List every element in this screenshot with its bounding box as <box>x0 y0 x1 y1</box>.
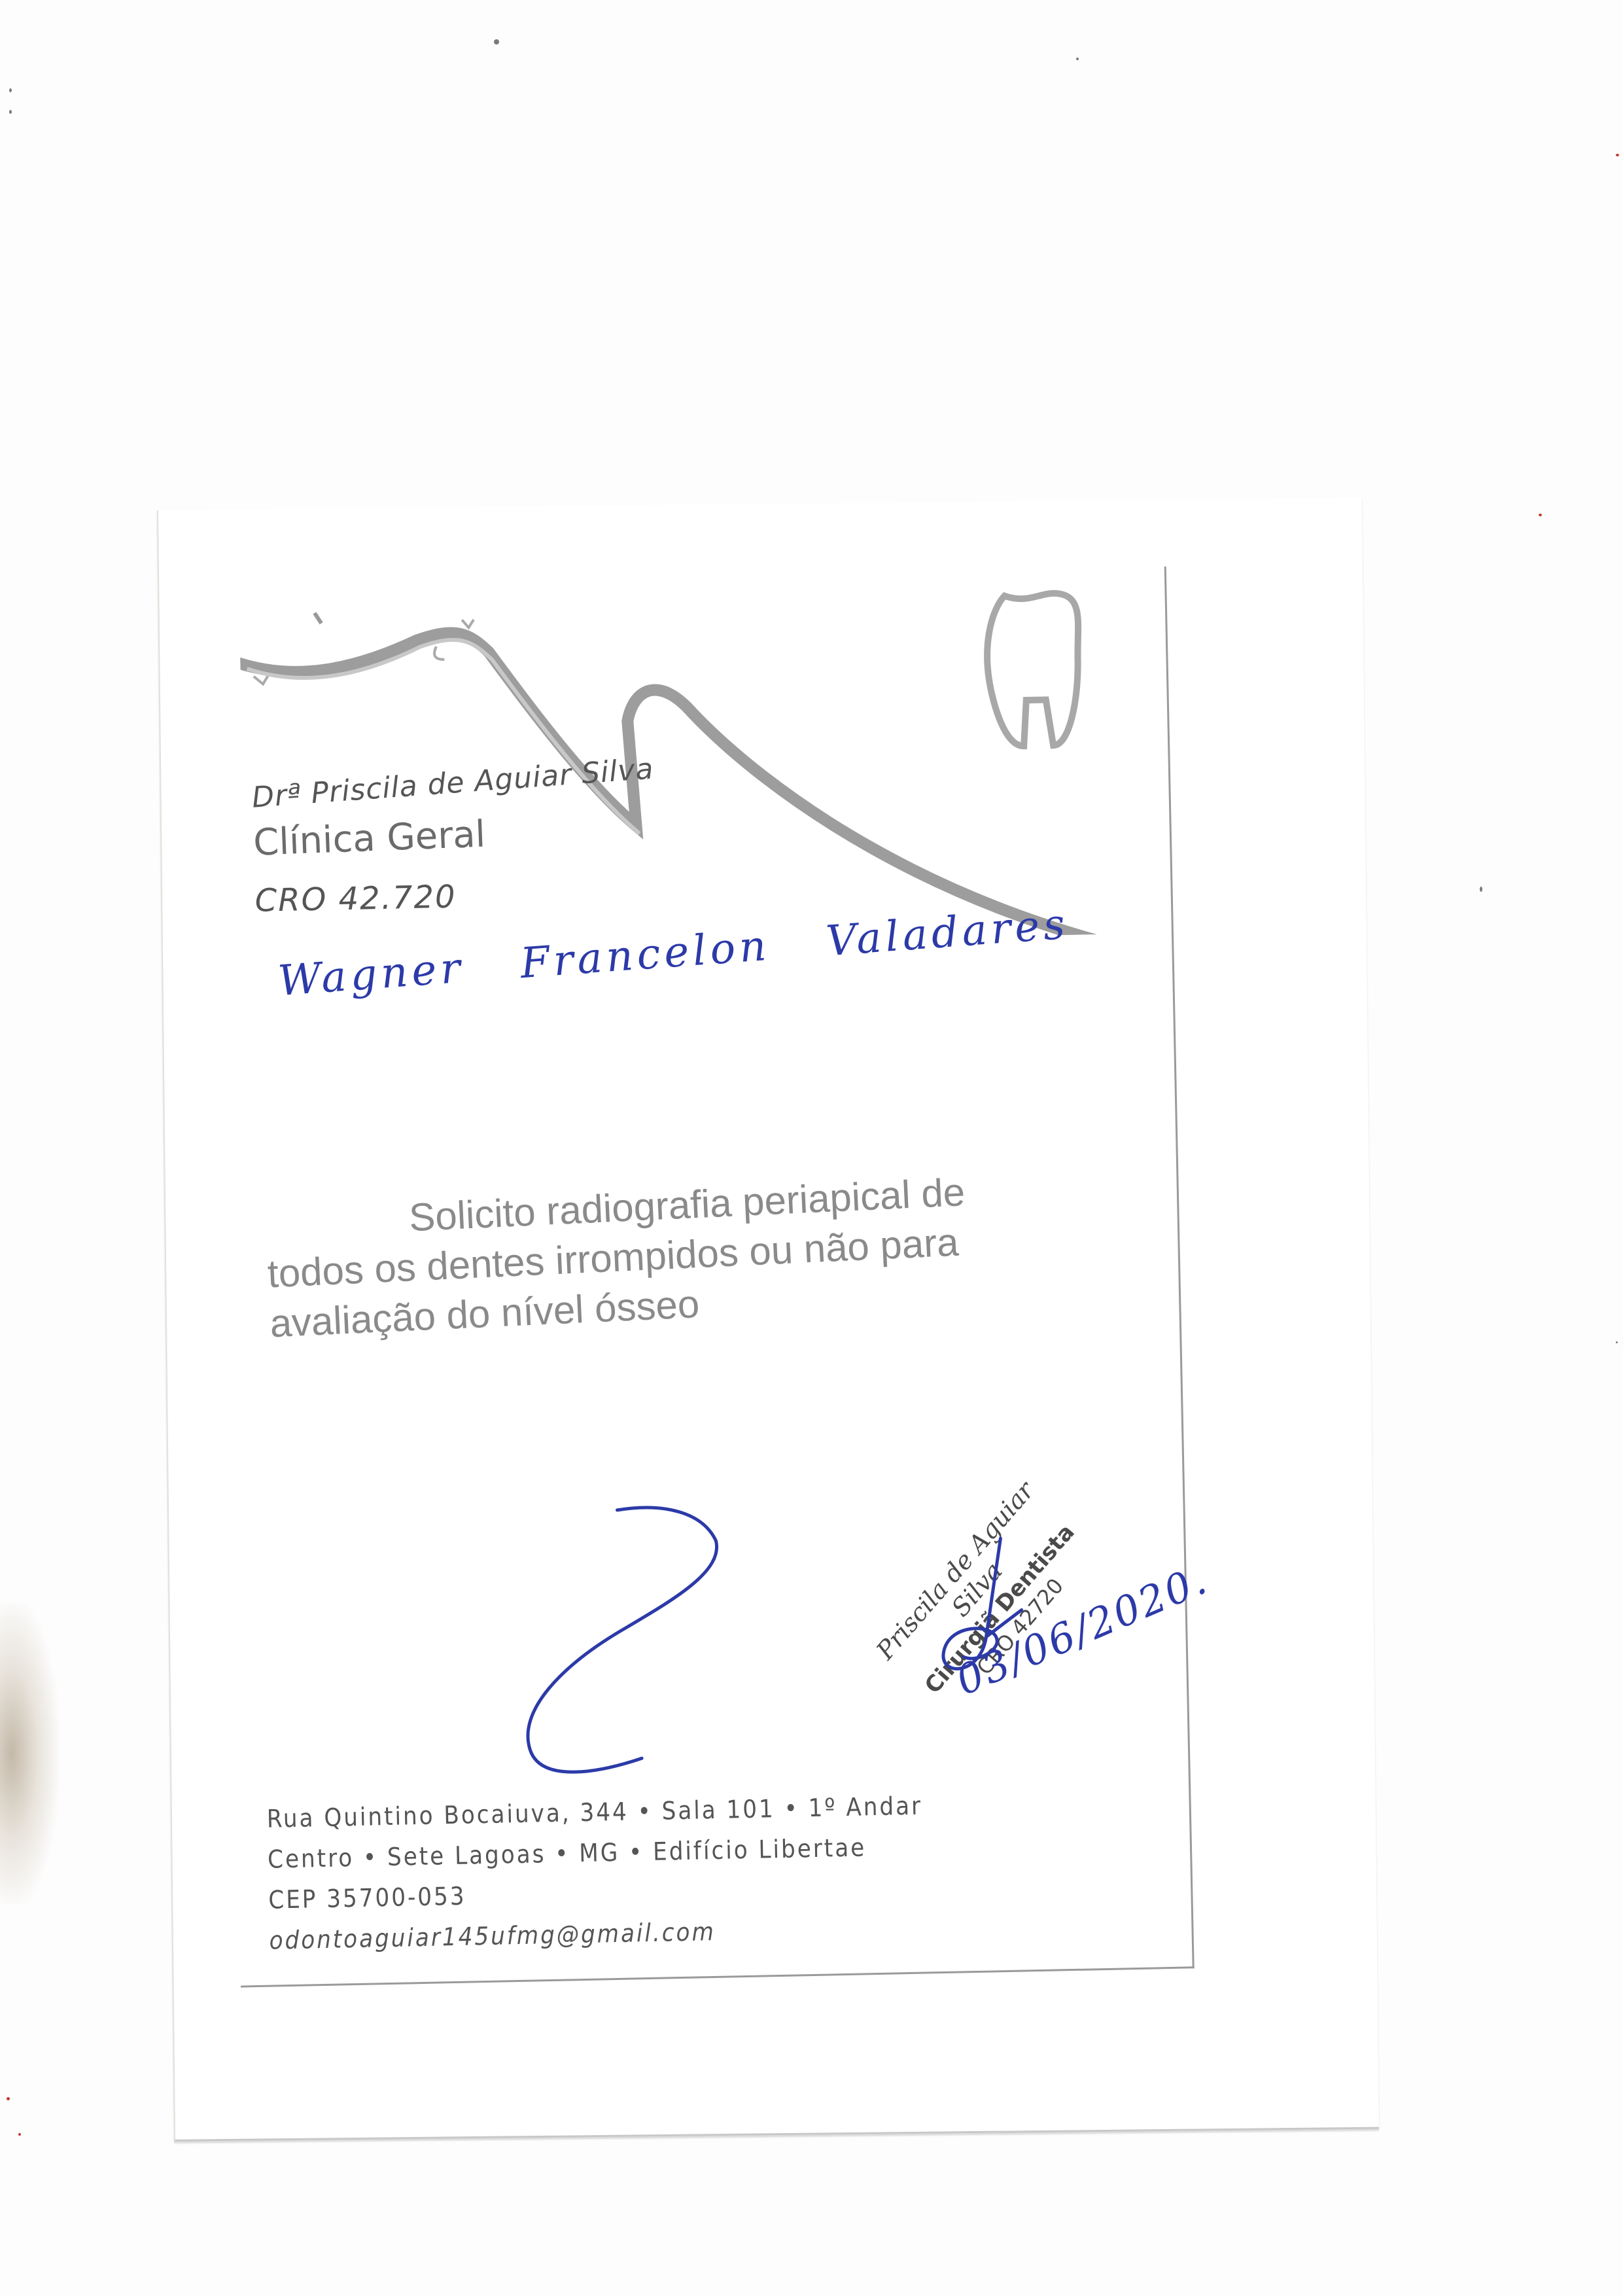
prescription-slip: Drª Priscila de Aguiar Silva Clínica Ger… <box>213 567 1195 1988</box>
scan-speck <box>9 88 12 92</box>
exam-request-text: Solicito radiografia periapical de todos… <box>264 1164 1042 1349</box>
doctor-specialty: Clínica Geral <box>253 813 486 864</box>
scan-speck <box>7 2097 10 2100</box>
scan-speck <box>494 39 499 44</box>
scan-speck <box>1480 887 1482 892</box>
scan-speck <box>9 110 12 114</box>
scan-smudge <box>0 1603 59 1904</box>
scan-speck <box>1539 514 1542 516</box>
scan-speck <box>1616 1341 1618 1343</box>
scan-speck <box>1616 154 1619 156</box>
doctor-cro: CRO 42.720 <box>254 879 457 919</box>
clinic-address-footer: Rua Quintino Bocaiuva, 344 • Sala 101 • … <box>266 1786 925 1961</box>
scan-speck <box>1076 58 1079 60</box>
scan-speck <box>18 2133 21 2136</box>
handwritten-signature-icon <box>506 1491 773 1784</box>
